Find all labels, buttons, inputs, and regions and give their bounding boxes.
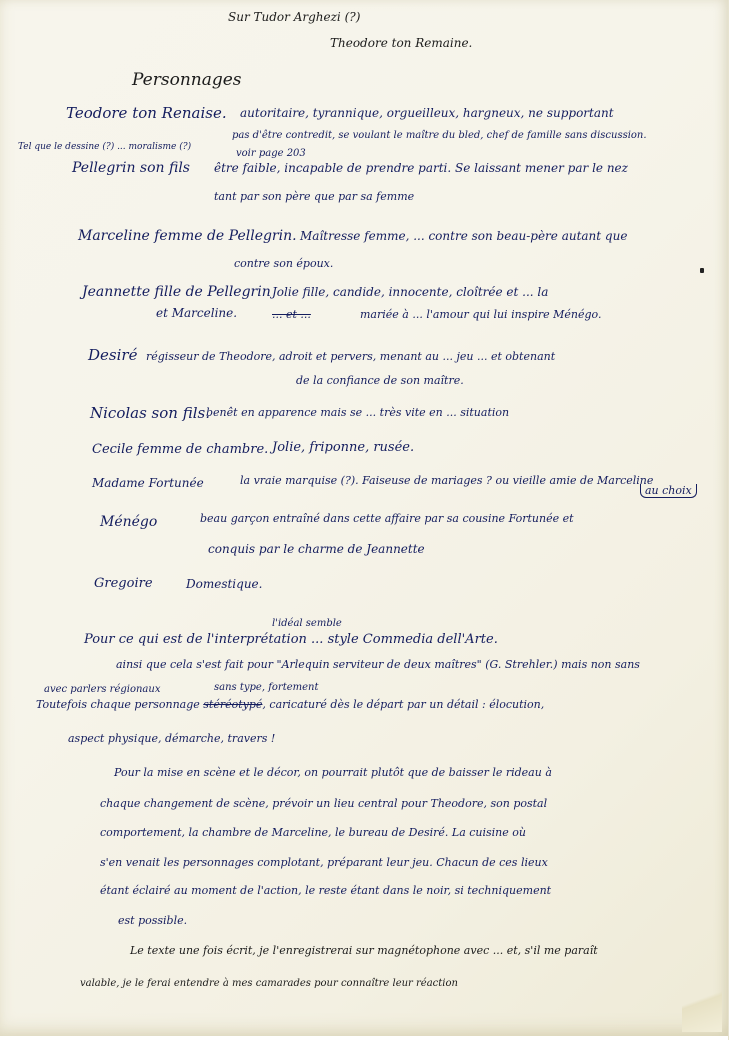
character-desc2-pellegrin: tant par son père que par sa femme [214, 190, 414, 203]
character-name-jeannette: Jeannette fille de Pellegrin [82, 284, 271, 300]
notes-para1-line2: ainsi que cela s'est fait pour "Arlequin… [116, 658, 640, 671]
notes-para2-end: , caricaturé dès le départ par un détail… [262, 698, 544, 711]
notes-para3-line2: chaque changement de scène, prévoir un l… [100, 797, 547, 810]
character-desc-desire: régisseur de Theodore, adroit et pervers… [146, 350, 555, 363]
character-desc-gregoire: Domestique. [186, 577, 262, 591]
character-desc-cecile: Jolie, friponne, rusée. [272, 440, 414, 455]
character-desc-marceline: Maîtresse femme, ... contre son beau-pèr… [300, 229, 627, 243]
insert-note-page: voir page 203 [236, 148, 306, 159]
character-name-marceline: Marceline femme de Pellegrin. [78, 228, 297, 244]
notes-para2-start: Toutefois chaque personnage [36, 698, 200, 711]
character-name2-jeannette: et Marceline. [156, 306, 237, 320]
margin-note-parlers: avec parlers régionaux [44, 684, 160, 695]
character-name-cecile: Cecile femme de chambre. [92, 442, 268, 457]
character-name-fortunee: Madame Fortunée [92, 476, 204, 490]
notes-para3-line1: Pour la mise en scène et le décor, on po… [114, 766, 552, 779]
section-title: Personnages [132, 70, 242, 90]
bracket-note-au-choix: au choix [640, 484, 697, 498]
notes-para2-struck: stéréotypé [203, 698, 262, 711]
page-edge [728, 0, 737, 1040]
character-desc-pellegrin: être faible, incapable de prendre parti.… [214, 161, 628, 175]
character-desc2-marceline: contre son époux. [234, 257, 333, 270]
ink-mark [700, 268, 704, 273]
character-desc-nicolas: benêt en apparence mais se ... très vite… [206, 406, 509, 419]
character-name-teodore: Teodore ton Renaise. [66, 104, 227, 122]
notes-para4-line2: valable, je le ferai entendre à mes cama… [80, 978, 458, 989]
notes-para3-line3: comportement, la chambre de Marceline, l… [100, 826, 526, 839]
character-desc2-menego: conquis par le charme de Jeannette [208, 542, 425, 556]
struck-text-jeannette: ... et ... [272, 308, 311, 321]
character-desc2-desire: de la confiance de son maître. [296, 374, 464, 387]
manuscript-page: Sur Tudor Arghezi (?) Theodore ton Remai… [0, 0, 730, 1036]
notes-para2-line1: Toutefois chaque personnage stéréotypé, … [36, 698, 544, 711]
character-name-desire: Desiré [88, 346, 137, 364]
header-line-1: Sur Tudor Arghezi (?) [228, 10, 360, 24]
notes-para3-line4: s'en venait les personnages complotant, … [100, 856, 548, 869]
character-desc-fortunee: la vraie marquise (?). Faiseuse de maria… [240, 474, 653, 487]
insert-above-ideal: l'idéal semble [272, 618, 342, 629]
paper-corner-fold [682, 972, 722, 1032]
insert-above-sans-type: sans type, fortement [214, 682, 319, 693]
character-desc-jeannette: Jolie fille, candide, innocente, cloîtré… [272, 285, 548, 299]
header-line-2: Theodore ton Remaine. [330, 36, 472, 50]
character-desc2-teodore: pas d'être contredit, se voulant le maît… [232, 130, 647, 141]
character-name-nicolas: Nicolas son fils. [90, 404, 210, 422]
notes-para1-line1: Pour ce qui est de l'interprétation ... … [84, 632, 498, 647]
notes-para3-line6: est possible. [118, 914, 187, 927]
notes-para2-line2: aspect physique, démarche, travers ! [68, 732, 275, 745]
character-name-gregoire: Gregoire [94, 576, 153, 591]
character-desc2-jeannette: mariée à ... l'amour qui lui inspire Mén… [360, 308, 601, 321]
notes-para3-line5: étant éclairé au moment de l'action, le … [100, 884, 551, 897]
character-name-menego: Ménégo [100, 514, 157, 530]
character-name-pellegrin: Pellegrin son fils [72, 160, 190, 176]
character-desc-teodore: autoritaire, tyrannique, orgueilleux, ha… [240, 106, 614, 120]
margin-note-teodore: Tel que le dessine (?) ... moralisme (?) [18, 142, 191, 152]
character-desc-menego: beau garçon entraîné dans cette affaire … [200, 512, 574, 525]
notes-para4-line1: Le texte une fois écrit, je l'enregistre… [130, 944, 598, 957]
